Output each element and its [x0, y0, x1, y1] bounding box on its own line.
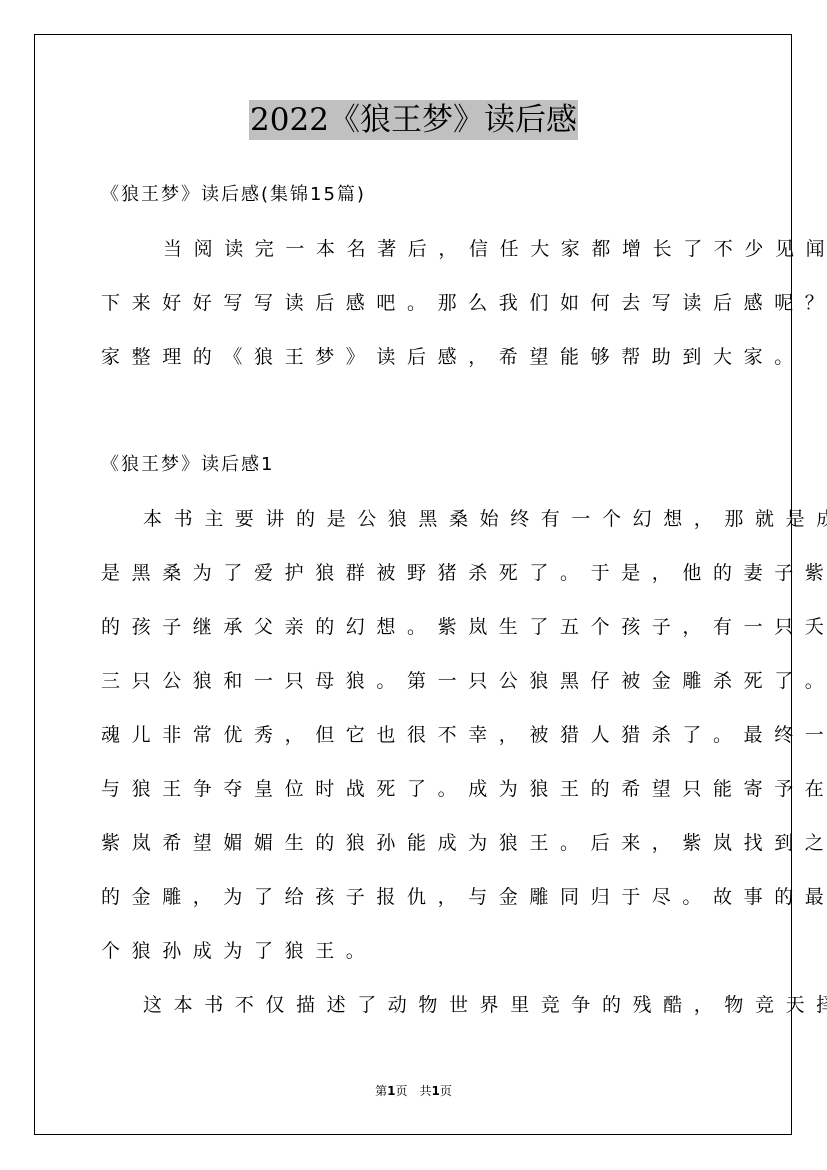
paragraph2-line-1: 这本书不仅描述了动物世界里竞争的残酷，物竞天择、适者生存， — [101, 993, 783, 1017]
paragraph1-line-8: 的金雕，为了给孩子报仇，与金雕同归于尽。故事的最终，紫岚的一 — [101, 885, 741, 909]
paragraph1-line-6: 与狼王争夺皇位时战死了。成为狼王的希望只能寄予在母狼媚媚身上， — [101, 777, 741, 801]
page-prefix: 第 — [375, 1084, 387, 1098]
total-suffix: 页 — [440, 1084, 452, 1098]
page-suffix: 页 — [395, 1084, 407, 1098]
page-footer: 第1页共1页 — [0, 1083, 827, 1099]
document-title: 2022《狼王梦》读后感 — [249, 100, 578, 140]
paragraph1-line-5: 魂儿非常优秀，但它也很不幸，被猎人猎杀了。最终一只公狼双毛在 — [101, 723, 741, 747]
intro-line-2: 下来好好写写读后感吧。那么我们如何去写读后感呢？以下是我帮大 — [101, 291, 741, 315]
total-prefix: 共 — [420, 1084, 432, 1098]
paragraph1-line-7: 紫岚希望媚媚生的狼孙能成为狼王。后来，紫岚找到之前杀死了黑仔 — [101, 831, 741, 855]
paragraph1-line-3: 的孩子继承父亲的幻想。紫岚生了五个孩子，有一只夭折了，还剩下 — [101, 615, 741, 639]
paragraph1-line-2: 是黑桑为了爱护狼群被野猪杀死了。于是，他的妻子紫岚确定让他们 — [101, 561, 741, 585]
paragraph1-line-9: 个狼孙成为了狼王。 — [101, 939, 741, 963]
document-subtitle: 《狼王梦》读后感(集锦15篇) — [101, 183, 741, 207]
intro-line-3: 家整理的《狼王梦》读后感，希望能够帮助到大家。 — [101, 345, 741, 369]
page-total: 1 — [432, 1084, 440, 1098]
paragraph1-line-1: 本书主要讲的是公狼黑桑始终有一个幻想，那就是成为狼王，可 — [101, 507, 783, 531]
paragraph1-line-4: 三只公狼和一只母狼。第一只公狼黑仔被金雕杀死了。其次只公狼蓝 — [101, 669, 741, 693]
title-wrap: 2022《狼王梦》读后感 — [0, 100, 827, 140]
intro-line-1: 当阅读完一本名著后，信任大家都增长了不少见闻，不妨坐 — [101, 237, 803, 261]
section-heading: 《狼王梦》读后感1 — [101, 453, 741, 477]
